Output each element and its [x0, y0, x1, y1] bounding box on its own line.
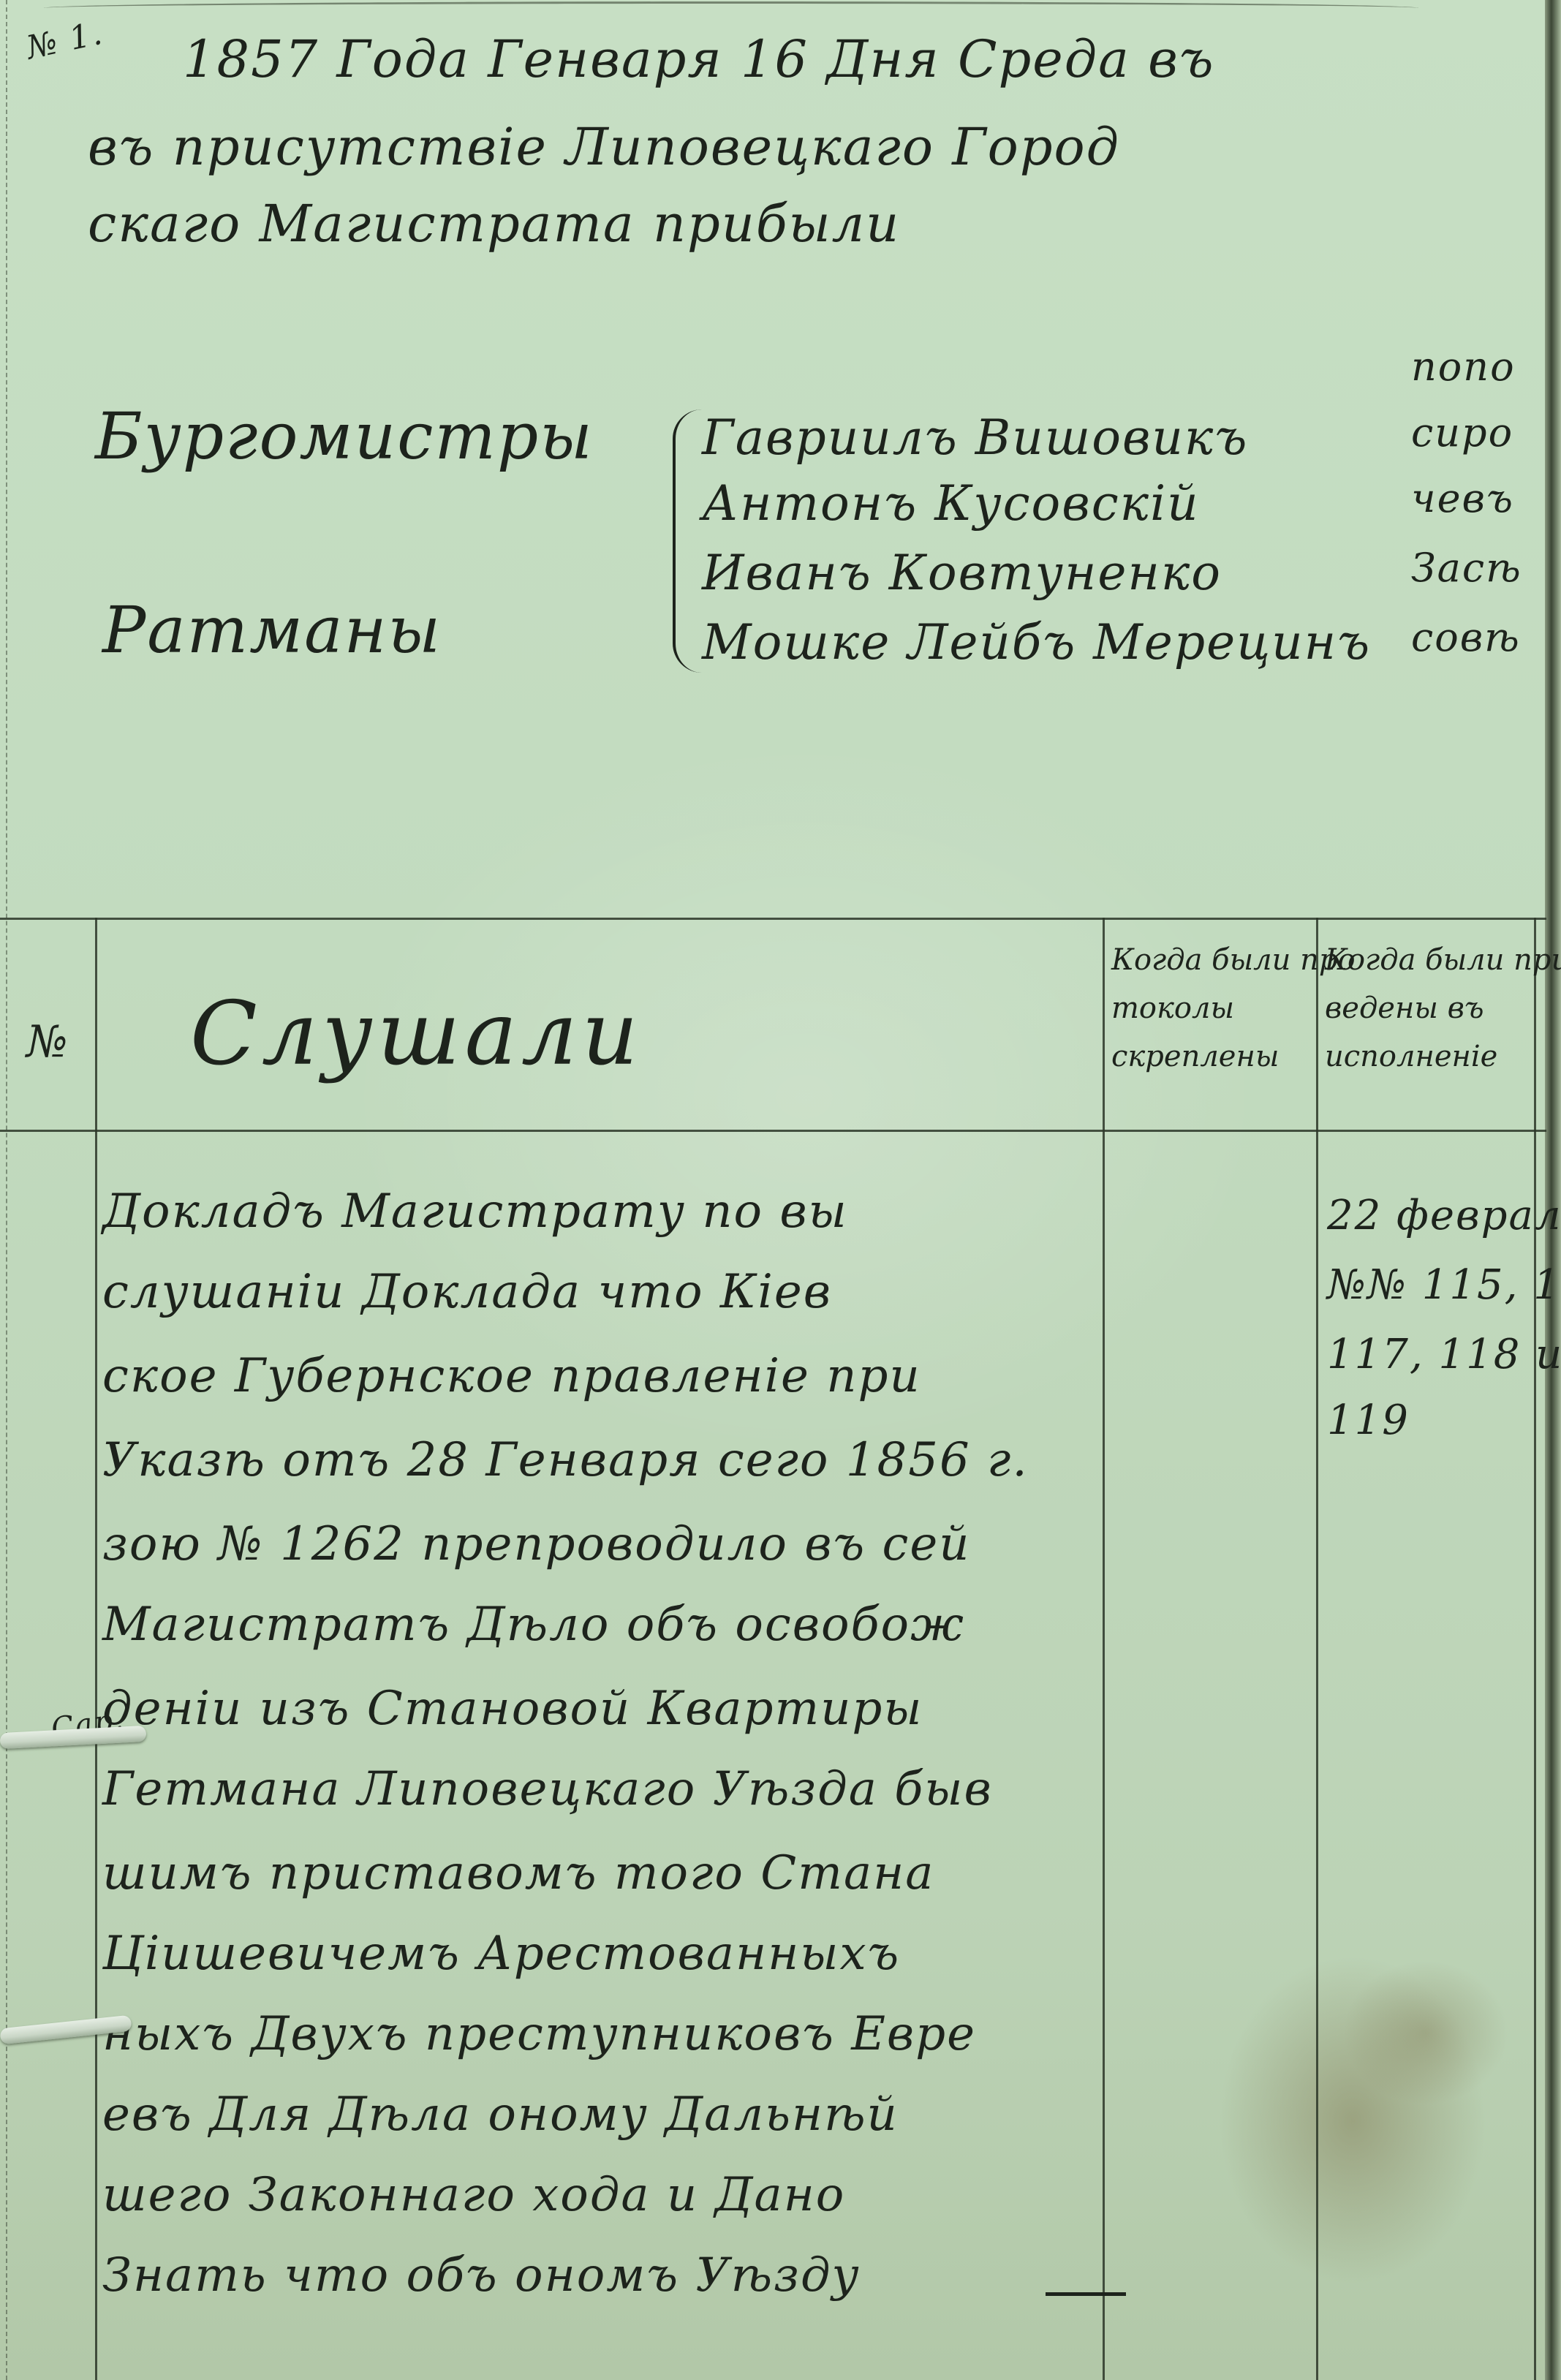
column-rule-executed: [1534, 918, 1536, 2380]
header-line: исполненіе: [1325, 1032, 1561, 1081]
body-line: Знать что объ ономъ Уѣзду: [102, 2248, 861, 2302]
column-rule-heard: [1103, 918, 1105, 2380]
executed-line: 117, 118 и: [1327, 1331, 1561, 1378]
body-line: деніи изъ Становой Квартиры: [102, 1682, 923, 1736]
binding-edge: [1545, 0, 1561, 2380]
body-line: ское Губернское правленіе при: [102, 1349, 921, 1403]
body-line: ныхъ Двухъ преступниковъ Евре: [102, 2007, 976, 2061]
column-header-number: №: [26, 1016, 68, 1068]
heading-line-2: въ присутствіе Липовецкаго Город: [88, 117, 1120, 177]
body-line: Магистратъ Дѣло объ освобож: [102, 1598, 965, 1652]
executed-line: №№ 115, 116,: [1327, 1261, 1561, 1309]
executed-line: 22 февраля: [1327, 1192, 1561, 1239]
body-line: Докладъ Магистрату по вы: [102, 1185, 848, 1239]
header-line: токолы: [1111, 984, 1356, 1032]
body-line: шимъ приставомъ того Стана: [102, 1846, 934, 1900]
body-line: зою № 1262 препроводило въ сей: [102, 1517, 970, 1571]
body-line: шего Законнаго хода и Дано: [102, 2168, 845, 2222]
header-line: Когда были про: [1111, 936, 1356, 984]
table-top-rule: [0, 918, 1546, 920]
column-rule-number: [95, 918, 97, 2380]
left-margin-rule: [6, 0, 7, 2380]
heading-line-3: скаго Магистрата прибыли: [88, 194, 900, 254]
column-header-executed: Когда были при ведены въ исполненіе: [1325, 936, 1561, 1081]
column-header-heard: Слушали: [190, 983, 643, 1085]
ratmen-label: Ратманы: [102, 592, 442, 668]
member-name: Гавриилъ Вишовикъ: [702, 409, 1248, 466]
closing-underline: [1046, 2292, 1126, 2296]
header-line: Когда были при: [1325, 936, 1561, 984]
page-top-edge: [44, 1, 1418, 8]
body-line: Указѣ отъ 28 Генваря сего 1856 г.: [102, 1433, 1029, 1487]
document-number: № 1.: [23, 15, 107, 67]
burgomasters-label: Бургомистры: [95, 398, 594, 474]
header-line: ведены въ: [1325, 984, 1561, 1032]
side-note-line: сиро: [1411, 409, 1513, 456]
table-header-rule: [0, 1130, 1546, 1132]
header-line: скреплены: [1111, 1032, 1356, 1081]
column-rule-signed: [1316, 918, 1318, 2380]
body-line: евъ Для Дѣла оному Дальнѣй: [102, 2088, 899, 2142]
document-page: № 1. 1857 Года Генваря 16 Дня Среда въ в…: [0, 0, 1561, 2380]
members-bracket: [673, 409, 705, 673]
side-note-line: чевъ: [1411, 475, 1514, 521]
side-note-line: попо: [1411, 344, 1516, 390]
binding-thread: [0, 1726, 146, 1749]
side-note-line: Засѣ: [1411, 545, 1522, 591]
executed-line: 119: [1327, 1397, 1410, 1444]
body-line: слушаніи Доклада что Кіев: [102, 1265, 832, 1319]
member-name: Иванъ Ковтуненко: [702, 545, 1222, 601]
member-name: Мошке Лейбъ Мерецинъ: [702, 614, 1371, 670]
column-header-protocol-signed: Когда были про токолы скреплены: [1111, 936, 1356, 1081]
body-line: Ціишевичемъ Арестованныхъ: [102, 1927, 900, 1981]
body-line: Гетмана Липовецкаго Уѣзда быв: [102, 1762, 993, 1816]
member-name: Антонъ Кусовскій: [702, 475, 1200, 532]
side-note-line: совѣ: [1411, 614, 1521, 660]
heading-line-1: 1857 Года Генваря 16 Дня Среда въ: [183, 29, 1214, 89]
